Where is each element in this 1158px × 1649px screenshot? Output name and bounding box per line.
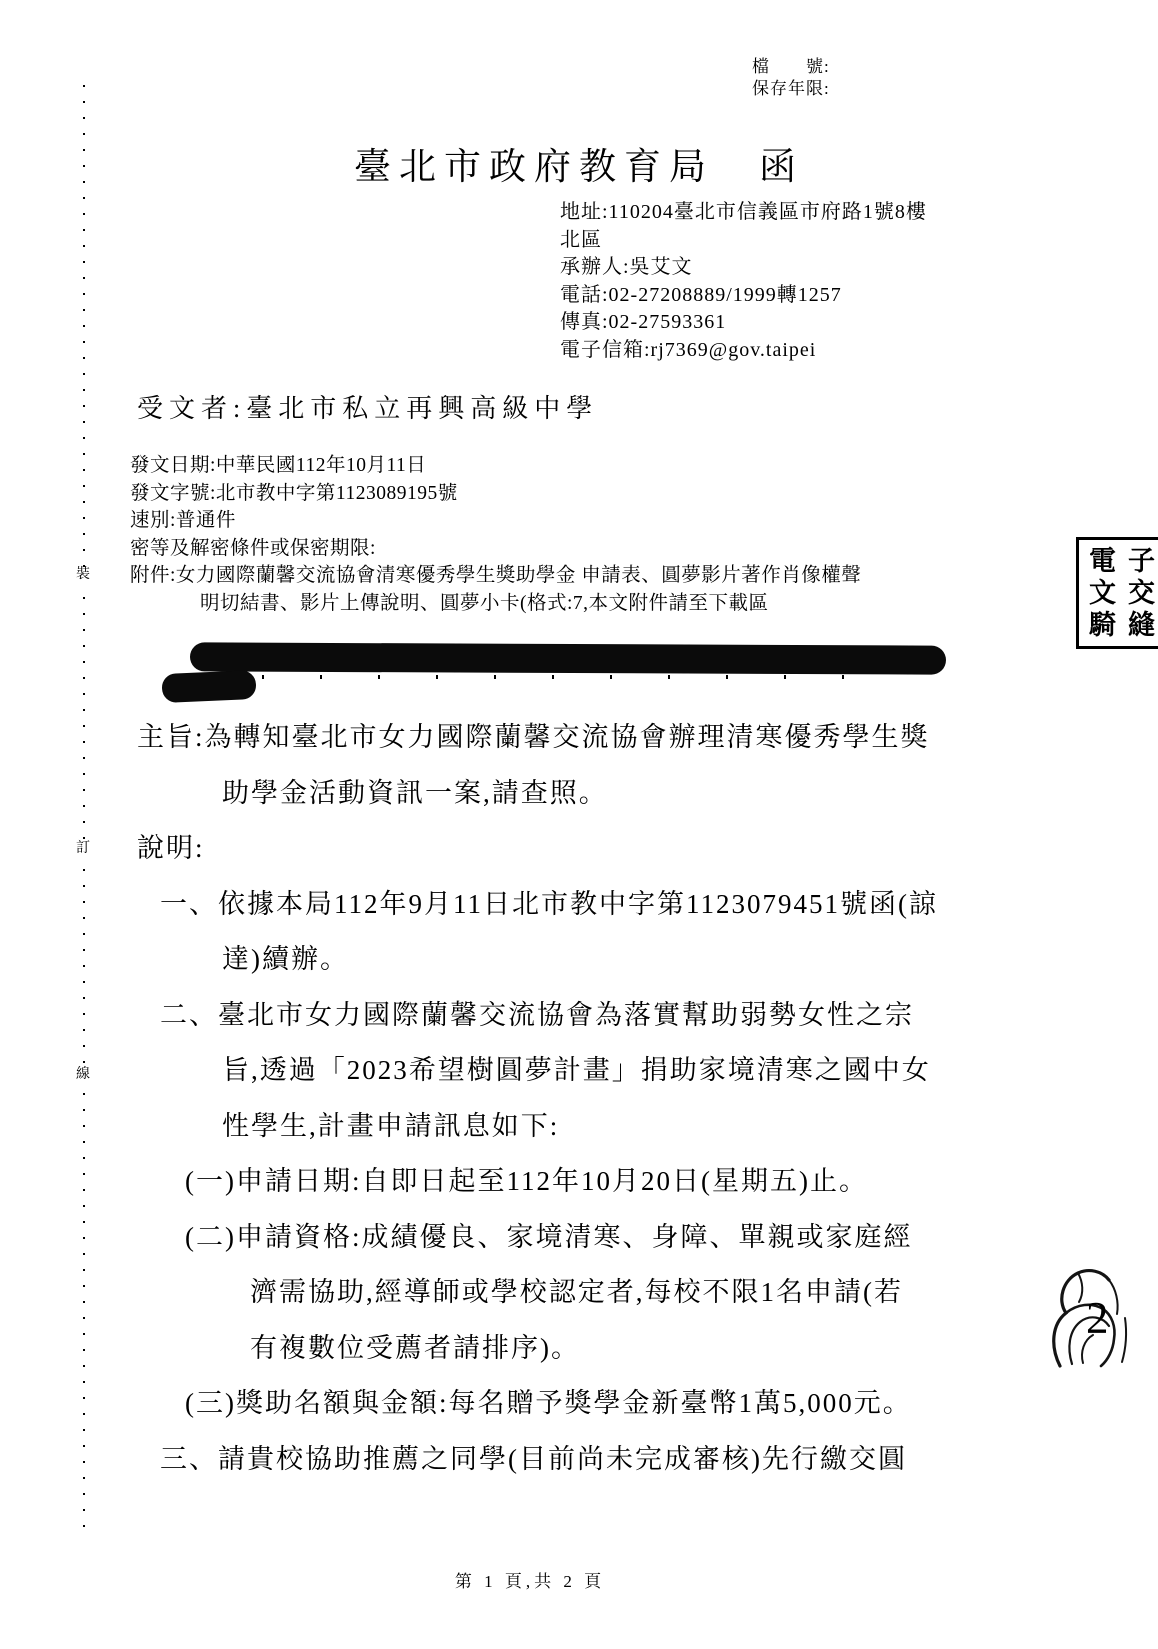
speed-class-line: 速別:普通件: [130, 507, 861, 535]
subject-line: 助學金活動資訊一案,請查照。: [222, 766, 938, 822]
redaction-artifact: [262, 675, 862, 679]
recipient-line: 受文者:臺北市私立再興高級中學: [137, 388, 598, 425]
phone-line: 電話:02-27208889/1999轉1257: [560, 282, 927, 310]
body-line: 性學生,計畫申請訊息如下:: [222, 1099, 938, 1155]
redaction-bar: [161, 670, 256, 703]
seam-scribble-stamp: 2: [1028, 1260, 1158, 1368]
body-line: 一、依據本局112年9月11日北市教中字第1123079451號函(諒: [160, 877, 938, 933]
binding-mark: 線: [76, 1067, 90, 1083]
explanation-heading: 說明:: [137, 821, 938, 877]
sender-contact-block: 地址:110204臺北市信義區市府路1號8樓 北區 承辦人:吳艾文 電話:02-…: [560, 199, 927, 364]
issue-number-line: 發文字號:北市教中字第1123089195號: [130, 480, 861, 508]
electronic-exchange-stamp: 電子 文交 騎縫: [1076, 537, 1158, 649]
body-line: 濟需協助,經導師或學校認定者,每校不限1名申請(若: [250, 1265, 938, 1321]
file-number-block: 檔 號: 保存年限:: [752, 56, 830, 100]
security-class-line: 密等及解密條件或保密期限:: [130, 535, 861, 563]
stamp-text-row: 文交: [1089, 577, 1158, 609]
contact-person-line: 承辦人:吳艾文: [560, 254, 927, 282]
body-line: 三、請貴校協助推薦之同學(目前尚未完成審核)先行繳交圓: [160, 1432, 938, 1488]
attachment-line: 明切結書、影片上傳說明、圓夢小卡(格式:7,本文附件請至下載區: [200, 590, 861, 618]
stamp-text-row: 騎縫: [1089, 609, 1158, 641]
body-line: 二、臺北市女力國際蘭馨交流協會為落實幫助弱勢女性之宗: [160, 988, 938, 1044]
address-line: 地址:110204臺北市信義區市府路1號8樓: [560, 199, 927, 227]
binding-mark: 訂: [76, 841, 90, 857]
redaction-bar: [190, 642, 946, 674]
body-line: (三)獎助名額與金額:每名贈予獎學金新臺幣1萬5,000元。: [185, 1376, 938, 1432]
page-footer: 第 1 頁,共 2 頁: [0, 1567, 1060, 1592]
letter-body: 主旨:為轉知臺北市女力國際蘭馨交流協會辦理清寒優秀學生獎 助學金活動資訊一案,請…: [137, 710, 938, 1487]
official-letter-page: 檔 號: 保存年限: 臺北市政府教育局 函 地址:110204臺北市信義區市府路…: [0, 0, 1158, 1649]
body-line: 旨,透過「2023希望樹圓夢計畫」捐助家境清寒之國中女: [222, 1043, 938, 1099]
body-line: 達)續辦。: [222, 932, 938, 988]
address-line: 北區: [560, 227, 927, 255]
attachment-line: 附件:女力國際蘭馨交流協會清寒優秀學生獎助學金 申請表、圓夢影片著作肖像權聲: [130, 562, 861, 590]
body-line: (一)申請日期:自即日起至112年10月20日(星期五)止。: [185, 1154, 938, 1210]
issue-meta-block: 發文日期:中華民國112年10月11日 發文字號:北市教中字第112308919…: [130, 452, 861, 617]
issue-date-line: 發文日期:中華民國112年10月11日: [130, 452, 861, 480]
email-line: 電子信箱:rj7369@gov.taipei: [560, 337, 927, 365]
body-line: 有複數位受薦者請排序)。: [250, 1321, 938, 1377]
stamp-text-row: 電子: [1089, 545, 1158, 577]
corner-page-number: 2: [1086, 1294, 1109, 1342]
document-title: 臺北市政府教育局 函: [0, 136, 1158, 190]
binding-dotted-line: 裝 訂 線: [83, 85, 85, 1537]
subject-line: 主旨:為轉知臺北市女力國際蘭馨交流協會辦理清寒優秀學生獎: [137, 710, 938, 766]
binding-mark: 裝: [76, 567, 90, 583]
fax-line: 傳真:02-27593361: [560, 309, 927, 337]
body-line: (二)申請資格:成績優良、家境清寒、身障、單親或家庭經: [185, 1210, 938, 1266]
file-number-label: 檔 號:: [752, 56, 830, 78]
retention-period-label: 保存年限:: [752, 78, 830, 100]
